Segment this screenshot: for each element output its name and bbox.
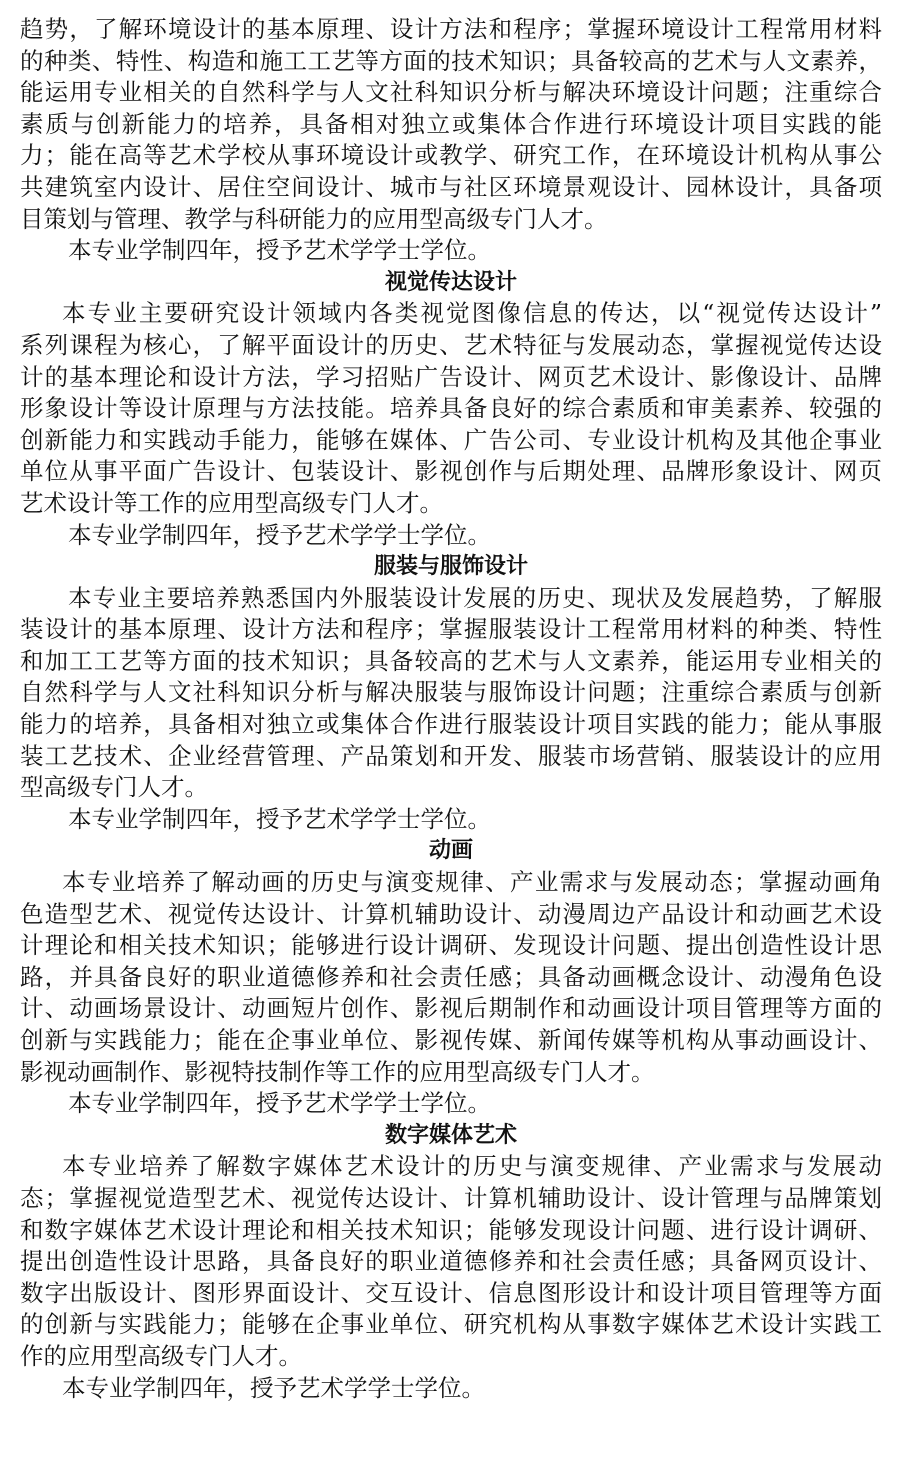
section-digital-media-art: 数字媒体艺术 本专业培养了解数字媒体艺术设计的历史与演变规律、产业需求与发展动 … — [20, 1120, 882, 1404]
paragraph-line: 单位从事平面广告设计、包装设计、影视创作与后期处理、品牌形象设计、网页 — [20, 456, 882, 488]
paragraph-line: 能运用专业相关的自然科学与人文社科知识分析与解决环境设计问题；注重综合 — [20, 77, 882, 109]
paragraph-line: 的种类、特性、构造和施工工艺等方面的技术知识；具备较高的艺术与人文素养， — [20, 46, 882, 78]
section-visual-communication-design: 视觉传达设计 本专业主要研究设计领域内各类视觉图像信息的传达，以“视觉传达设计”… — [20, 267, 882, 551]
paragraph-line: 创新与实践能力；能在企事业单位、影视传媒、新闻传媒等机构从事动画设计、 — [20, 1025, 882, 1057]
paragraph-line: 本专业主要培养熟悉国内外服装设计发展的历史、现状及发展趋势，了解服 — [20, 583, 882, 615]
paragraph-line: 系列课程为核心，了解平面设计的历史、艺术特征与发展动态，掌握视觉传达设 — [20, 330, 882, 362]
paragraph-line: 艺术设计等工作的应用型高级专门人才。 — [20, 488, 882, 520]
paragraph-line: 提出创造性设计思路，具备良好的职业道德修养和社会责任感；具备网页设计、 — [20, 1246, 882, 1278]
paragraph-line: 计、动画场景设计、动画短片创作、影视后期制作和动画设计项目管理等方面的 — [20, 993, 882, 1025]
degree-statement: 本专业学制四年，授予艺术学学士学位。 — [20, 804, 882, 836]
paragraph-line: 形象设计等设计原理与方法技能。培养具备良好的综合素质和审美素养、较强的 — [20, 393, 882, 425]
paragraph-line: 计的基本理论和设计方法，学习招贴广告设计、网页艺术设计、影像设计、品牌 — [20, 362, 882, 394]
paragraph-line: 态；掌握视觉造型艺术、视觉传达设计、计算机辅助设计、设计管理与品牌策划 — [20, 1183, 882, 1215]
paragraph-line: 的创新与实践能力；能够在企事业单位、研究机构从事数字媒体艺术设计实践工 — [20, 1309, 882, 1341]
paragraph-line: 装工艺技术、企业经营管理、产品策划和开发、服装市场营销、服装设计的应用 — [20, 741, 882, 773]
paragraph-line: 型高级专门人才。 — [20, 772, 882, 804]
section-animation: 动画 本专业培养了解动画的历史与演变规律、产业需求与发展动态；掌握动画角 色造型… — [20, 835, 882, 1119]
section-heading: 动画 — [20, 835, 882, 867]
paragraph-line: 影视动画制作、影视特技制作等工作的应用型高级专门人才。 — [20, 1057, 882, 1089]
paragraph-line: 和加工工艺等方面的技术知识；具备较高的艺术与人文素养，能运用专业相关的 — [20, 646, 882, 678]
paragraph-line: 装设计的基本原理、设计方法和程序；掌握服装设计工程常用材料的种类、特性 — [20, 614, 882, 646]
paragraph-line: 和数字媒体艺术设计理论和相关技术知识；能够发现设计问题、进行设计调研、 — [20, 1215, 882, 1247]
paragraph-line: 本专业培养了解动画的历史与演变规律、产业需求与发展动态；掌握动画角 — [20, 867, 882, 899]
paragraph-line: 自然科学与人文社科知识分析与解决服装与服饰设计问题；注重综合素质与创新 — [20, 677, 882, 709]
paragraph-line: 作的应用型高级专门人才。 — [20, 1341, 882, 1373]
paragraph-line: 色造型艺术、视觉传达设计、计算机辅助设计、动漫周边产品设计和动画艺术设 — [20, 899, 882, 931]
degree-statement: 本专业学制四年，授予艺术学学士学位。 — [20, 1373, 882, 1405]
paragraph-line: 能力的培养，具备相对独立或集体合作进行服装设计项目实践的能力；能从事服 — [20, 709, 882, 741]
paragraph-line: 创新能力和实践动手能力，能够在媒体、广告公司、专业设计机构及其他企事业 — [20, 425, 882, 457]
paragraph-line: 素质与创新能力的培养，具备相对独立或集体合作进行环境设计项目实践的能 — [20, 109, 882, 141]
paragraph-line: 趋势，了解环境设计的基本原理、设计方法和程序；掌握环境设计工程常用材料 — [20, 14, 882, 46]
section-environment-design: 趋势，了解环境设计的基本原理、设计方法和程序；掌握环境设计工程常用材料 的种类、… — [20, 14, 882, 267]
paragraph-line: 路，并具备良好的职业道德修养和社会责任感；具备动画概念设计、动漫角色设 — [20, 962, 882, 994]
paragraph-line: 计理论和相关技术知识；能够进行设计调研、发现设计问题、提出创造性设计思 — [20, 930, 882, 962]
degree-statement: 本专业学制四年，授予艺术学学士学位。 — [20, 520, 882, 552]
degree-statement: 本专业学制四年，授予艺术学学士学位。 — [20, 235, 882, 267]
degree-statement: 本专业学制四年，授予艺术学学士学位。 — [20, 1088, 882, 1120]
paragraph-line: 本专业主要研究设计领域内各类视觉图像信息的传达，以“视觉传达设计” — [20, 298, 882, 330]
paragraph-line: 数字出版设计、图形界面设计、交互设计、信息图形设计和设计项目管理等方面 — [20, 1278, 882, 1310]
document-page: 趋势，了解环境设计的基本原理、设计方法和程序；掌握环境设计工程常用材料 的种类、… — [0, 0, 900, 1404]
section-heading: 视觉传达设计 — [20, 267, 882, 299]
paragraph-line: 共建筑室内设计、居住空间设计、城市与社区环境景观设计、园林设计，具备项 — [20, 172, 882, 204]
paragraph-line: 目策划与管理、教学与科研能力的应用型高级专门人才。 — [20, 204, 882, 236]
paragraph-line: 力；能在高等艺术学校从事环境设计或教学、研究工作，在环境设计机构从事公 — [20, 140, 882, 172]
section-heading: 数字媒体艺术 — [20, 1120, 882, 1152]
section-heading: 服装与服饰设计 — [20, 551, 882, 583]
section-fashion-design: 服装与服饰设计 本专业主要培养熟悉国内外服装设计发展的历史、现状及发展趋势，了解… — [20, 551, 882, 835]
paragraph-line: 本专业培养了解数字媒体艺术设计的历史与演变规律、产业需求与发展动 — [20, 1151, 882, 1183]
